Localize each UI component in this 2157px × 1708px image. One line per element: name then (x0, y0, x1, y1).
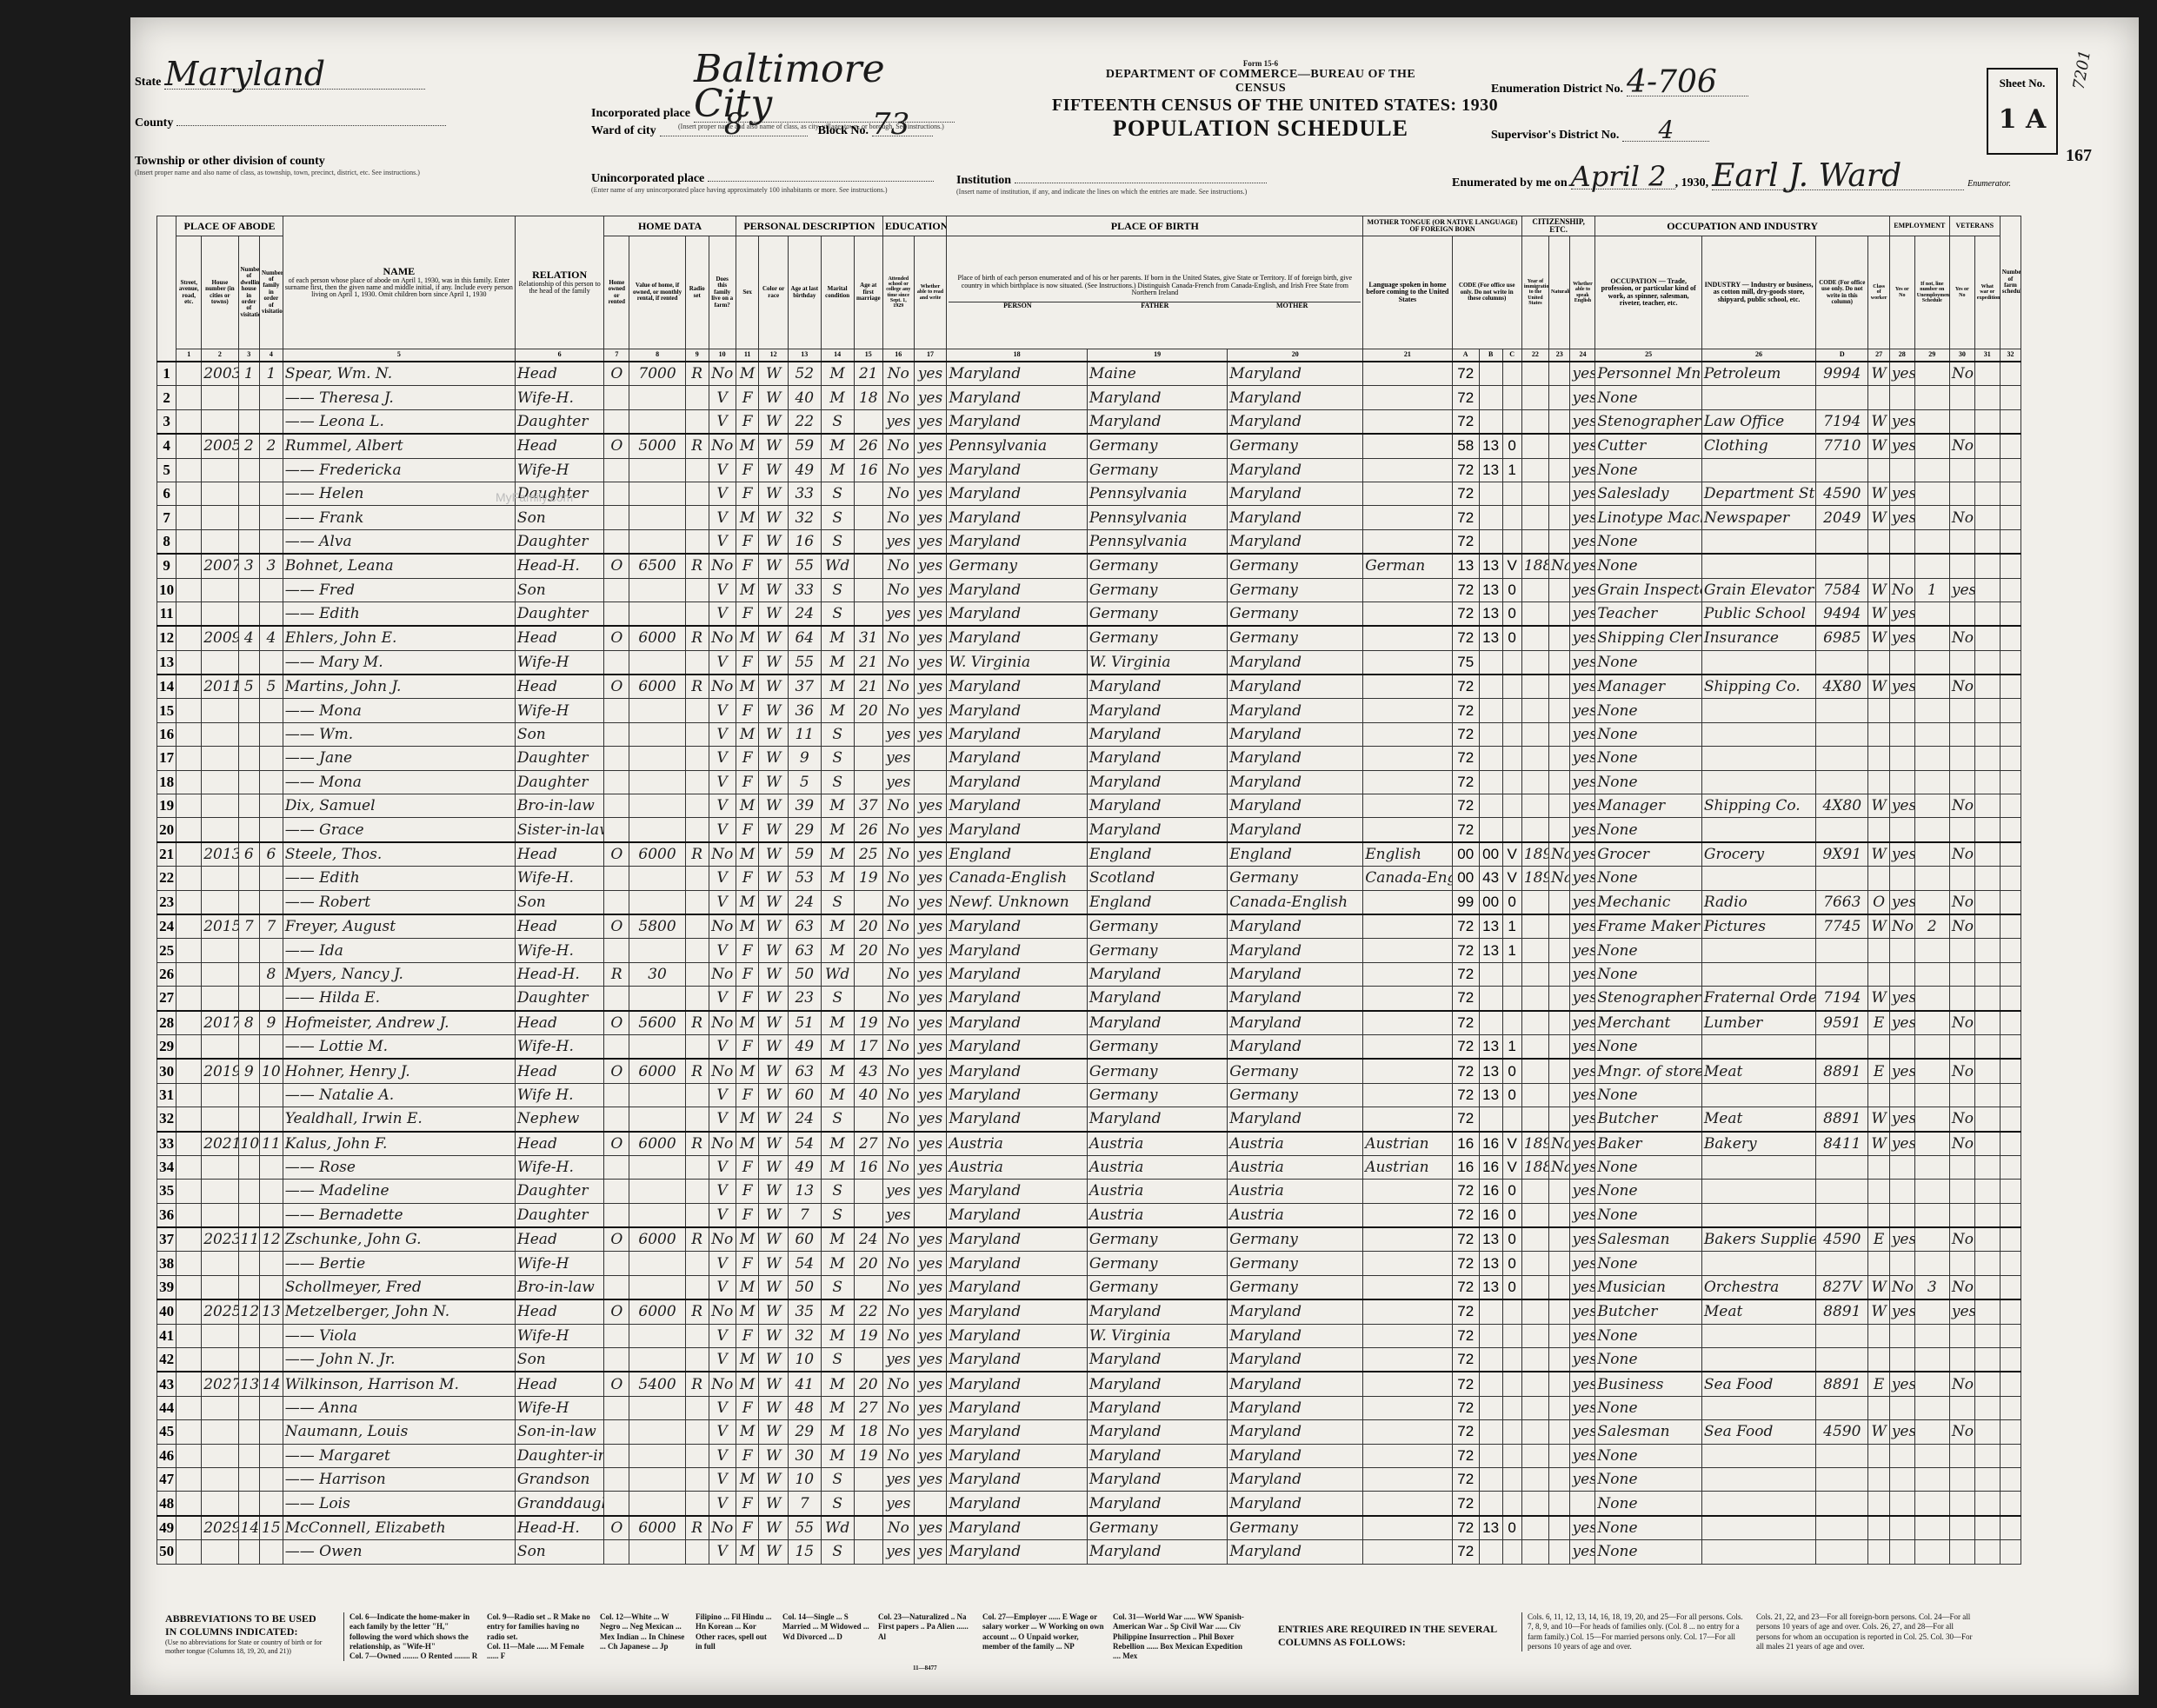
entries-a: Cols. 6, 11, 12, 13, 14, 16, 18, 19, 20,… (1521, 1612, 1745, 1652)
cell-family (259, 699, 283, 722)
cell-farm-sched (2000, 914, 2021, 939)
cell-house (202, 747, 238, 770)
cell-english: yes (1570, 1324, 1595, 1347)
cell-language (1363, 1540, 1452, 1564)
cell-age-marriage: 16 (854, 458, 882, 482)
cell-age-marriage: 43 (854, 1059, 882, 1083)
cell-occupation: None (1595, 818, 1701, 842)
cell-immig (1521, 386, 1548, 409)
cell-farm: No (709, 362, 736, 386)
cell-age-marriage: 21 (854, 675, 882, 699)
cell-read: yes (914, 890, 947, 914)
cell-marital: Wd (821, 1516, 854, 1540)
cell-street (176, 1155, 202, 1179)
cell-value (629, 1107, 686, 1132)
cell-english: yes (1570, 1252, 1595, 1275)
cell-sex: F (736, 482, 759, 505)
cell-code-a: 72 (1452, 458, 1479, 482)
cell-code-b (1479, 386, 1502, 409)
cell-occupation: Business (1595, 1372, 1701, 1396)
cell-code-c (1502, 747, 1521, 770)
cell-birth-father: Germany (1087, 554, 1227, 578)
cell-dwelling (238, 818, 259, 842)
cell-birth-mother: Maryland (1228, 1107, 1363, 1132)
cell-birth-father: Austria (1087, 1155, 1227, 1179)
cell-industry: Sea Food (1701, 1372, 1815, 1396)
cell-industry (1701, 1083, 1815, 1107)
cell-radio (685, 386, 709, 409)
cell-occupation: None (1595, 1516, 1701, 1540)
cell-farm: V (709, 1396, 736, 1419)
col-english: Whether able to speak English (1570, 236, 1595, 349)
cell-code-c: 0 (1502, 578, 1521, 601)
table-row: 21201366Steele, Thos.HeadO6000RNoMW59M25… (157, 842, 2043, 867)
ed-field: Enumeration District No. 4-706 (1491, 70, 1748, 96)
cell-farm: No (709, 1372, 736, 1396)
cell-code-d (1816, 1348, 1868, 1372)
cell-code-a: 72 (1452, 1348, 1479, 1372)
cell-english: yes (1570, 794, 1595, 818)
cell-code-b (1479, 962, 1502, 986)
sheet-number-box: Sheet No. 1 A (1987, 68, 2058, 155)
cell-code-d (1816, 1155, 1868, 1179)
cell-owned (604, 722, 629, 746)
cell-race: W (759, 1252, 788, 1275)
cell-value (629, 482, 686, 505)
column-number: 30 (1949, 349, 1974, 362)
cell-code-a: 72 (1452, 1420, 1479, 1444)
cell-farm: V (709, 1203, 736, 1227)
cell-name: —— Bertie (283, 1252, 515, 1275)
cell-school: No (882, 1227, 914, 1252)
cell-age-marriage (854, 962, 882, 986)
line-number: 20 (157, 818, 176, 842)
cell-age: 59 (788, 434, 821, 458)
col-at-work: Yes or No (1889, 236, 1914, 349)
cell-radio (685, 987, 709, 1011)
cell-natur (1548, 458, 1569, 482)
cell-work: yes (1889, 794, 1914, 818)
cell-birth-father: Germany (1087, 1083, 1227, 1107)
cell-marital: M (821, 818, 854, 842)
cell-war (1974, 794, 2000, 818)
cell-age-marriage: 18 (854, 1420, 882, 1444)
cell-relation: Head (515, 1227, 603, 1252)
line-number: 23 (157, 890, 176, 914)
line-number: 35 (157, 1180, 176, 1203)
cell-family (259, 794, 283, 818)
cell-code-d (1816, 650, 1868, 675)
cell-family (259, 987, 283, 1011)
cell-work (1889, 1083, 1914, 1107)
cell-house: 2017 (202, 1011, 238, 1035)
cell-work: yes (1889, 1132, 1914, 1156)
cell-radio (685, 1540, 709, 1564)
cell-age-marriage (854, 722, 882, 746)
cell-family (259, 650, 283, 675)
cell-natur (1548, 1227, 1569, 1252)
cell-owned (604, 1155, 629, 1179)
cell-natur (1548, 987, 1569, 1011)
cell-birth-person: Maryland (947, 699, 1087, 722)
cell-owned (604, 699, 629, 722)
cell-street (176, 650, 202, 675)
cell-immig (1521, 1396, 1548, 1419)
cell-farm: No (709, 842, 736, 867)
cell-natur (1548, 1420, 1569, 1444)
cell-war (1974, 601, 2000, 626)
cell-read (914, 770, 947, 794)
cell-owned: O (604, 675, 629, 699)
table-row: 5—— FrederickaWife-HVFW49M16NoyesMarylan… (157, 458, 2043, 482)
cell-house (202, 1420, 238, 1444)
cell-house (202, 1203, 238, 1227)
cell-industry (1701, 529, 1815, 554)
cell-farm-sched (2000, 482, 2021, 505)
cell-war (1974, 1227, 2000, 1252)
cell-code-b (1479, 1540, 1502, 1564)
line-number: 32 (157, 1107, 176, 1132)
cell-code-a: 72 (1452, 1299, 1479, 1324)
cell-class (1868, 1396, 1889, 1419)
cell-owned: O (604, 1299, 629, 1324)
cell-work (1889, 1467, 1914, 1491)
cell-age: 30 (788, 1444, 821, 1467)
cell-owned (604, 1107, 629, 1132)
cell-farm: No (709, 434, 736, 458)
cell-immig (1521, 1083, 1548, 1107)
table-row: 29—— Lottie M.Wife-H.VFW49M17NoyesMaryla… (157, 1034, 2043, 1059)
cell-marital: M (821, 1227, 854, 1252)
cell-relation: Nephew (515, 1107, 603, 1132)
cell-work (1889, 1396, 1914, 1419)
cell-family (259, 1203, 283, 1227)
cell-code-c: 0 (1502, 890, 1521, 914)
cell-relation: Son (515, 578, 603, 601)
cell-birth-father: Maryland (1087, 1299, 1227, 1324)
cell-english: yes (1570, 1034, 1595, 1059)
cell-english: yes (1570, 939, 1595, 962)
column-number: 20 (1228, 349, 1363, 362)
cell-farm: V (709, 1467, 736, 1491)
cell-marital: M (821, 675, 854, 699)
cell-sex: M (736, 434, 759, 458)
cell-sex: F (736, 1252, 759, 1275)
cell-unemp (1914, 386, 1949, 409)
cell-race: W (759, 554, 788, 578)
cell-code-c: 1 (1502, 939, 1521, 962)
cell-industry (1701, 386, 1815, 409)
cell-work (1889, 1034, 1914, 1059)
table-row: 3320211011Kalus, John F.HeadO6000RNoMW54… (157, 1132, 2043, 1156)
cell-read: yes (914, 554, 947, 578)
cell-code-c (1502, 482, 1521, 505)
cell-code-d: 7194 (1816, 409, 1868, 434)
cell-birth-person: Maryland (947, 506, 1087, 529)
cell-age: 54 (788, 1132, 821, 1156)
column-number: 27 (1868, 349, 1889, 362)
cell-work: yes (1889, 1107, 1914, 1132)
cell-birth-father: Germany (1087, 626, 1227, 650)
cell-sex: F (736, 458, 759, 482)
township-note: (Insert proper name and also name of cla… (135, 169, 422, 176)
cell-school: No (882, 650, 914, 675)
cell-code-a: 72 (1452, 914, 1479, 939)
cell-sex: M (736, 1467, 759, 1491)
column-number: 19 (1087, 349, 1227, 362)
cell-radio (685, 818, 709, 842)
cell-dwelling (238, 1083, 259, 1107)
cell-code-c: V (1502, 842, 1521, 867)
cell-owned (604, 1083, 629, 1107)
cell-name: —— Harrison (283, 1467, 515, 1491)
cell-farm: V (709, 1444, 736, 1467)
cell-street (176, 987, 202, 1011)
cell-dwelling (238, 1180, 259, 1203)
cell-class (1868, 529, 1889, 554)
cell-school: yes (882, 529, 914, 554)
cell-relation: Head (515, 675, 603, 699)
cell-language (1363, 1180, 1452, 1203)
cell-birth-mother: Germany (1228, 867, 1363, 890)
cell-birth-mother: Germany (1228, 1516, 1363, 1540)
column-number: 4 (259, 349, 283, 362)
cell-work: yes (1889, 1011, 1914, 1035)
cell-radio (685, 1396, 709, 1419)
cell-occupation: None (1595, 1540, 1701, 1564)
cell-language: English (1363, 842, 1452, 867)
cell-age-marriage (854, 529, 882, 554)
cell-english: yes (1570, 1083, 1595, 1107)
cell-name: Hohner, Henry J. (283, 1059, 515, 1083)
cell-unemp (1914, 1444, 1949, 1467)
cell-name: —— Fred (283, 578, 515, 601)
cell-birth-person: Maryland (947, 962, 1087, 986)
cell-language (1363, 699, 1452, 722)
cell-natur (1548, 770, 1569, 794)
table-row: 50—— OwenSonVMW15SyesyesMarylandMaryland… (157, 1540, 2043, 1564)
cell-class: W (1868, 362, 1889, 386)
cell-value: 6000 (629, 1516, 686, 1540)
cell-dwelling: 3 (238, 554, 259, 578)
cell-house (202, 962, 238, 986)
cell-street (176, 1227, 202, 1252)
cell-work (1889, 962, 1914, 986)
cell-class (1868, 1252, 1889, 1275)
cell-natur: Na (1548, 867, 1569, 890)
cell-vet: No (1949, 1011, 1974, 1035)
cell-school: No (882, 939, 914, 962)
cell-vet: yes (1949, 578, 1974, 601)
cell-street (176, 601, 202, 626)
cell-name: Freyer, August (283, 914, 515, 939)
cell-industry (1701, 867, 1815, 890)
cell-read: yes (914, 1252, 947, 1275)
cell-language (1363, 1516, 1452, 1540)
cell-birth-mother: Maryland (1228, 1324, 1363, 1347)
cell-family (259, 1155, 283, 1179)
cell-family (259, 1107, 283, 1132)
cell-birth-father: Maryland (1087, 409, 1227, 434)
cell-code-d: 7584 (1816, 578, 1868, 601)
cell-language (1363, 1034, 1452, 1059)
cell-read: yes (914, 1132, 947, 1156)
cell-name: —— Madeline (283, 1180, 515, 1203)
cell-war (1974, 842, 2000, 867)
cell-street (176, 842, 202, 867)
cell-work: yes (1889, 675, 1914, 699)
cell-race: W (759, 722, 788, 746)
line-number: 8 (157, 529, 176, 554)
cell-industry (1701, 1034, 1815, 1059)
cell-age: 49 (788, 458, 821, 482)
cell-language (1363, 1467, 1452, 1491)
cell-code-a: 99 (1452, 890, 1479, 914)
cell-english: yes (1570, 1107, 1595, 1132)
cell-dwelling: 10 (238, 1132, 259, 1156)
cell-farm: No (709, 1516, 736, 1540)
cell-name: —— Robert (283, 890, 515, 914)
column-number: 29 (1914, 349, 1949, 362)
cell-family: 8 (259, 962, 283, 986)
cell-value (629, 1203, 686, 1227)
cell-work (1889, 1492, 1914, 1516)
cell-language (1363, 675, 1452, 699)
enumerated-field: Enumerated by me on April 2, 1930, Earl … (1452, 163, 2011, 190)
cell-name: —— Grace (283, 818, 515, 842)
cell-age: 11 (788, 722, 821, 746)
cell-school: No (882, 1252, 914, 1275)
cell-radio (685, 1180, 709, 1203)
cell-read: yes (914, 1420, 947, 1444)
cell-occupation: Linotype Machinist (1595, 506, 1701, 529)
cell-age: 63 (788, 1059, 821, 1083)
table-row: 25—— IdaWife-H.VFW63M20NoyesMarylandGerm… (157, 939, 2043, 962)
cell-street (176, 962, 202, 986)
cell-code-c: 0 (1502, 1227, 1521, 1252)
cell-age: 52 (788, 362, 821, 386)
cell-birth-father: Maryland (1087, 962, 1227, 986)
cell-natur (1548, 409, 1569, 434)
cell-school: yes (882, 1467, 914, 1491)
cell-war (1974, 722, 2000, 746)
line-number: 38 (157, 1252, 176, 1275)
cell-english: yes (1570, 482, 1595, 505)
cell-natur (1548, 1275, 1569, 1299)
cell-school: No (882, 1132, 914, 1156)
cell-work: yes (1889, 506, 1914, 529)
cell-house: 2013 (202, 842, 238, 867)
cell-vet: No (1949, 506, 1974, 529)
cell-english: yes (1570, 1203, 1595, 1227)
cell-immig (1521, 722, 1548, 746)
cell-value (629, 1444, 686, 1467)
cell-natur (1548, 939, 1569, 962)
cell-dwelling (238, 1420, 259, 1444)
cell-age-marriage (854, 506, 882, 529)
cell-code-c: 0 (1502, 1252, 1521, 1275)
cell-code-b (1479, 1372, 1502, 1396)
cell-read: yes (914, 506, 947, 529)
cell-value (629, 529, 686, 554)
cell-farm-sched (2000, 409, 2021, 434)
cell-language (1363, 1396, 1452, 1419)
cell-industry (1701, 1444, 1815, 1467)
cell-sex: M (736, 890, 759, 914)
cell-unemp (1914, 675, 1949, 699)
cell-code-c (1502, 386, 1521, 409)
cell-name: —— Leona L. (283, 409, 515, 434)
cell-code-b (1479, 1324, 1502, 1347)
cell-farm: V (709, 529, 736, 554)
cell-birth-person: Maryland (947, 1059, 1087, 1083)
column-number: 10 (709, 349, 736, 362)
cell-code-b: 16 (1479, 1180, 1502, 1203)
cell-immig (1521, 794, 1548, 818)
cell-race: W (759, 890, 788, 914)
cell-industry (1701, 650, 1815, 675)
cell-code-a: 72 (1452, 1011, 1479, 1035)
cell-occupation: Shipping Clerk (1595, 626, 1701, 650)
cell-school: yes (882, 1540, 914, 1564)
cell-relation: Head-H. (515, 962, 603, 986)
cell-vet (1949, 1034, 1974, 1059)
cell-work: yes (1889, 987, 1914, 1011)
cell-race: W (759, 529, 788, 554)
cell-work: yes (1889, 626, 1914, 650)
cell-work (1889, 554, 1914, 578)
column-number: D (1816, 349, 1868, 362)
cell-natur (1548, 699, 1569, 722)
cell-language (1363, 1492, 1452, 1516)
cell-family (259, 1492, 283, 1516)
cell-relation: Head (515, 842, 603, 867)
cell-code-d: 9X91 (1816, 842, 1868, 867)
col-marital: Marital condition (821, 236, 854, 349)
cell-name: —— John N. Jr. (283, 1348, 515, 1372)
cell-value (629, 1083, 686, 1107)
cell-sex: M (736, 1275, 759, 1299)
cell-family: 2 (259, 434, 283, 458)
cell-birth-father: Maryland (1087, 1372, 1227, 1396)
cell-house: 2019 (202, 1059, 238, 1083)
cell-farm: V (709, 1420, 736, 1444)
line-number: 10 (157, 578, 176, 601)
cell-farm: V (709, 1252, 736, 1275)
cell-war (1974, 962, 2000, 986)
cell-immig (1521, 1516, 1548, 1540)
entries-b: Cols. 21, 22, and 23—For all foreign-bor… (1756, 1612, 1974, 1652)
cell-code-d (1816, 1516, 1868, 1540)
cell-radio: R (685, 675, 709, 699)
sheet-value: 1 A (1988, 104, 2056, 135)
cell-family (259, 818, 283, 842)
cell-english: yes (1570, 601, 1595, 626)
cell-farm: No (709, 1227, 736, 1252)
cell-code-c (1502, 1492, 1521, 1516)
cell-immig (1521, 529, 1548, 554)
cell-farm-sched (2000, 458, 2021, 482)
cell-birth-person: Maryland (947, 1227, 1087, 1252)
cell-dwelling (238, 1467, 259, 1491)
cell-code-d (1816, 1203, 1868, 1227)
cell-marital: M (821, 362, 854, 386)
cell-industry (1701, 1155, 1815, 1179)
cell-age: 49 (788, 1034, 821, 1059)
cell-occupation: Butcher (1595, 1299, 1701, 1324)
cell-industry: Meat (1701, 1059, 1815, 1083)
cell-unemp (1914, 1155, 1949, 1179)
